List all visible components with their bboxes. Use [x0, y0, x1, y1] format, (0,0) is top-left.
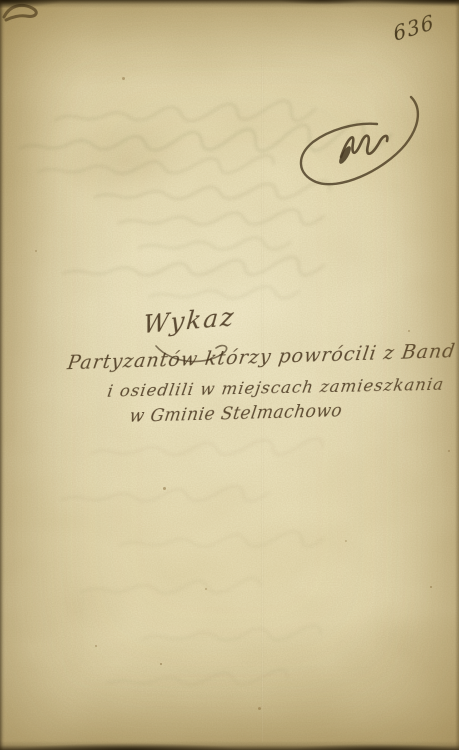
paper-background — [0, 0, 459, 750]
manuscript-scan-page: 636 Wykaz Partyzantów którzy powrócili z… — [0, 0, 459, 750]
